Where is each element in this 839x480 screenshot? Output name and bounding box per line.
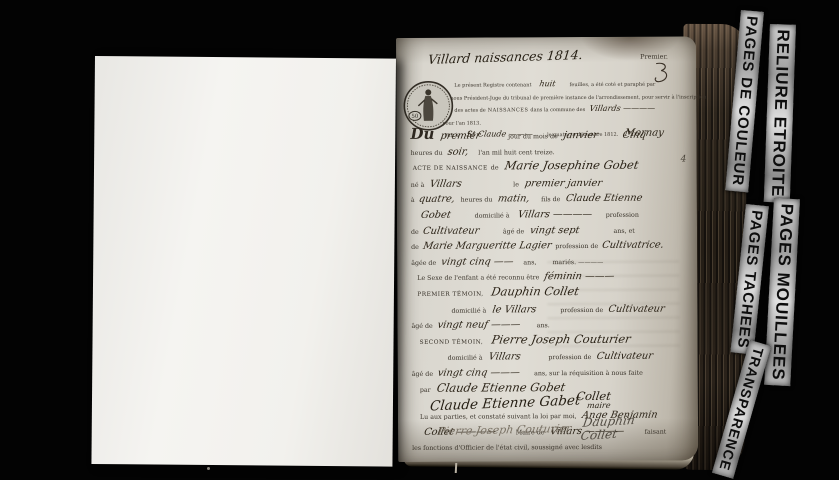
- text-segment: de: [411, 228, 419, 235]
- register-line: domicilié àVillarsprofession deCultivate…: [448, 348, 686, 365]
- text-segment: domicilié à: [451, 307, 486, 314]
- margin-mark: 4: [681, 154, 687, 164]
- text-segment: des actes de: [454, 108, 485, 114]
- text-segment: domicilié à: [475, 212, 510, 219]
- text-segment: Villards ————: [588, 105, 655, 114]
- register-page: Villard naissances 1814. Premier. 50 Le …: [396, 36, 698, 462]
- text-segment: mariés. ————: [552, 259, 603, 266]
- register-line: Le présent Registre contenanthuitfeuille…: [454, 76, 692, 90]
- text-segment: Cultivateur: [595, 351, 653, 363]
- register-line: SECOND TÉMOIN,Pierre Joseph Couturier: [420, 331, 686, 349]
- register-line: né àVillarslepremier janvier: [411, 174, 685, 191]
- text-segment: Le présent Registre contenant: [454, 82, 531, 88]
- text-segment: Le Sexe de l'enfant a été reconnu être: [417, 275, 539, 283]
- text-segment: Gobet: [420, 210, 452, 222]
- text-segment: vingt cinq ———: [437, 367, 521, 379]
- condition-label-pages-mouillees: PAGES MOUILLEES: [764, 198, 800, 386]
- register-line: Le Sexe de l'enfant a été reconnu êtrefé…: [417, 268, 685, 285]
- signature-mayor: Collet maire: [574, 389, 612, 410]
- text-segment: Cinq: [621, 130, 646, 142]
- signature-witness2: Pierre Joseph Couturier: [437, 422, 572, 438]
- blank-left-page: [91, 56, 396, 467]
- register-line: deCultivateurâgé devingt septans, et: [411, 221, 685, 238]
- text-segment: Villars: [428, 178, 462, 190]
- text-segment: Villars: [488, 352, 522, 364]
- text-segment: âgé de: [503, 228, 524, 235]
- register-line: Dupremierjour du mois dejanvierCinq: [410, 126, 684, 143]
- text-segment: de: [491, 165, 499, 172]
- register-line: àquatre,heures dumatin,fils deClaude Eti…: [411, 190, 685, 207]
- text-segment: PREMIER TÉMOIN,: [417, 291, 483, 297]
- register-line: âgé devingt cinq ———ans, sur la réquisit…: [412, 363, 686, 380]
- signatures-block: Claude Etienne Gabet Collet maire Pierre…: [398, 388, 698, 462]
- text-segment: né à: [411, 182, 425, 189]
- text-segment: profession de: [555, 243, 598, 250]
- text-segment: le: [513, 181, 519, 188]
- text-segment: l'an mil huit cent treize.: [478, 149, 554, 156]
- text-segment: profession: [606, 212, 639, 219]
- text-segment: matin,: [496, 194, 530, 206]
- signature-father: Claude Etienne Gabet: [429, 392, 581, 414]
- text-segment: NAISSANCES: [488, 107, 529, 113]
- register-line: domicilié àle Villarsprofession deCultiv…: [451, 300, 685, 317]
- text-segment: vingt neuf ———: [437, 319, 522, 331]
- text-segment: âgé de: [411, 323, 432, 330]
- text-segment: premier janvier: [524, 178, 603, 190]
- register-line: nous Président-Juge du tribunal de premi…: [450, 89, 692, 103]
- register-line: PREMIER TÉMOIN,Dauphin Collet: [417, 283, 685, 301]
- paper-speck: [455, 463, 458, 473]
- folio-label: Premier.: [640, 53, 668, 61]
- text-segment: Pierre Joseph Couturier: [490, 333, 631, 345]
- register-line: âgée devingt cinq ——ans,mariés. ————: [411, 252, 685, 269]
- text-segment: dans la commune des: [530, 107, 585, 113]
- text-segment: ans,: [523, 259, 536, 266]
- text-segment: quatre,: [418, 194, 456, 206]
- text-segment: ACTE DE NAISSANCE: [413, 166, 488, 172]
- text-segment: à: [411, 197, 415, 204]
- register-line: deMarie Margueritte Lagierprofession deC…: [411, 237, 685, 254]
- text-segment: pour l'an 1813.: [442, 120, 481, 126]
- text-segment: Villars ————: [517, 209, 593, 221]
- text-segment: âgé de: [412, 371, 433, 378]
- text-segment: Claude Etienne: [565, 193, 643, 205]
- text-segment: huit: [539, 80, 557, 89]
- text-segment: janvier: [563, 130, 599, 142]
- text-segment: Cultivateur: [422, 225, 480, 237]
- text-segment: vingt cinq ——: [440, 256, 514, 268]
- text-segment: Marie Margueritte Lagier: [422, 240, 552, 252]
- text-segment: ans, sur la réquisition à nous faite: [534, 370, 643, 378]
- text-segment: de: [411, 244, 419, 251]
- text-segment: profession de: [560, 306, 603, 313]
- register-line: Gobetdomicilié àVillars ————profession: [421, 205, 685, 222]
- text-segment: jour du mois de: [508, 133, 558, 140]
- text-segment: ans, et: [614, 227, 635, 234]
- text-segment: feuilles, a été coté et paraphé par: [570, 82, 656, 88]
- text-segment: Cultivateur: [607, 303, 665, 315]
- text-segment: féminin ———: [543, 271, 615, 283]
- text-segment: âgée de: [411, 260, 436, 267]
- archival-scan-viewport: { "colors": { "background": "#030303", "…: [0, 0, 839, 480]
- register-line: âgé devingt neuf ———ans.: [411, 316, 685, 333]
- text-segment: domicilié à: [448, 355, 483, 362]
- text-segment: profession de: [548, 354, 591, 361]
- text-segment: ans.: [537, 322, 550, 329]
- signature-mayor-role: maire: [586, 401, 611, 410]
- signature-witness1: Dauphin Collet: [580, 413, 655, 443]
- text-segment: heures du: [411, 149, 443, 156]
- register-line: ACTE DE NAISSANCEdeMarie Josephine Gobet: [413, 158, 685, 176]
- register-line: heures dusoir,l'an mil huit cent treize.: [411, 142, 685, 159]
- stamp-value: 50: [411, 114, 419, 120]
- text-segment: le Villars: [491, 304, 537, 316]
- text-segment: heures du: [461, 197, 493, 204]
- register-line: des actes deNAISSANCESdans la commune de…: [454, 102, 692, 116]
- text-segment: vingt sept: [529, 225, 580, 237]
- text-segment: nous Président-Juge du tribunal de premi…: [450, 94, 706, 101]
- text-segment: Dauphin Collet: [491, 286, 580, 298]
- register-header-handwritten: Villard naissances 1814.: [427, 47, 583, 67]
- text-segment: Marie Josephine Gobet: [504, 160, 640, 172]
- condition-label-reliure-etroite: RELIURE ETROITE: [764, 24, 796, 203]
- text-segment: fils de: [541, 197, 560, 204]
- text-segment: Du: [410, 125, 434, 143]
- text-segment: Cultivatrice.: [601, 240, 665, 252]
- text-segment: soir,: [447, 146, 470, 158]
- paper-speck: [207, 467, 210, 470]
- text-segment: SECOND TÉMOIN,: [420, 339, 484, 345]
- text-segment: premier: [439, 131, 481, 143]
